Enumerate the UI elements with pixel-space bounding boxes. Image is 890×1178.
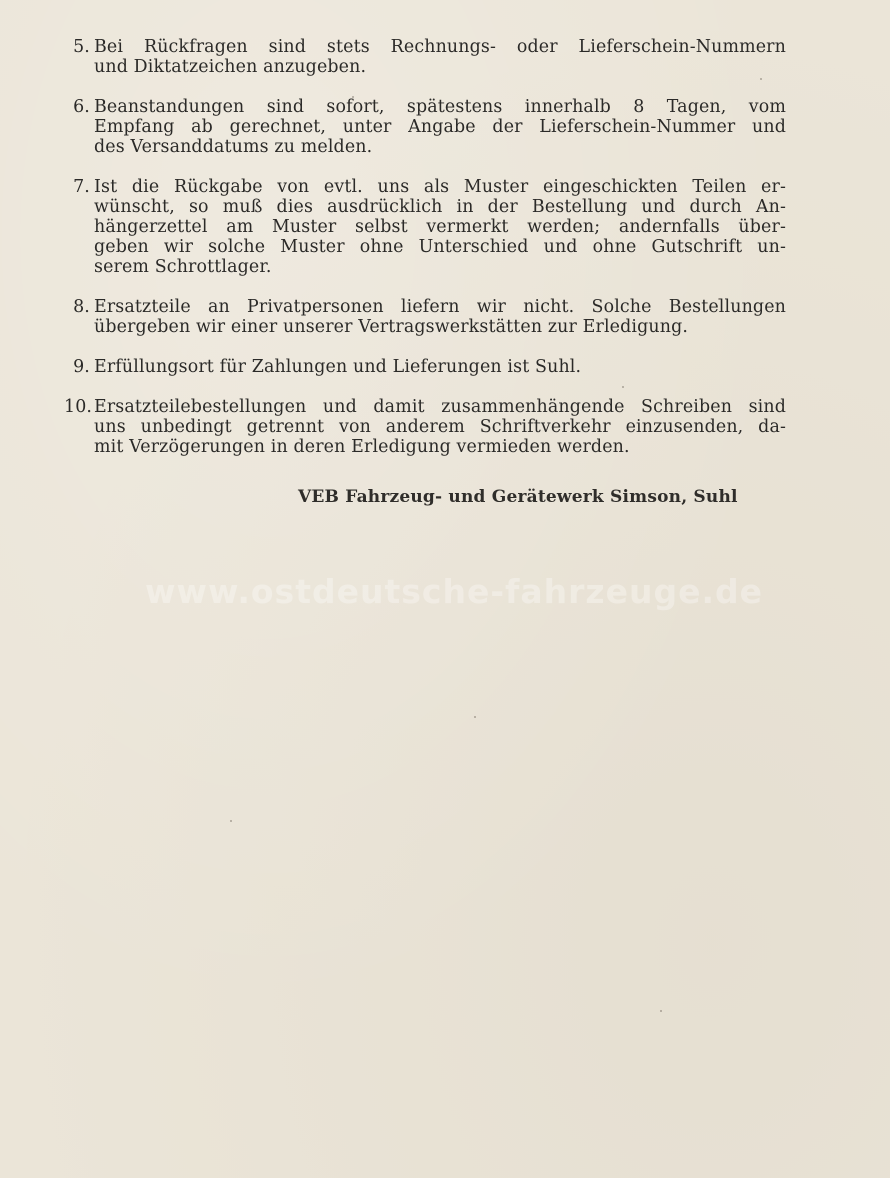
text-line: serem Schrottlager. (94, 257, 786, 277)
paper-speck (622, 386, 624, 388)
text-line: mit Verzögerungen in deren Erledigung ve… (94, 437, 786, 457)
text-line: geben wir solche Muster ohne Unterschied… (94, 237, 786, 257)
item-number: 6. (64, 97, 90, 117)
item-text: Ist die Rückgabe von evtl. uns als Muste… (90, 177, 786, 277)
item-text: Ersatzteile an Privatpersonen liefern wi… (90, 297, 786, 337)
terms-list: 5. Bei Rückfragen sind stets Rechnungs- … (64, 37, 786, 477)
company-signature: VEB Fahrzeug- und Gerätewerk Simson, Suh… (298, 487, 738, 507)
text-line: uns unbedingt getrennt von anderem Schri… (94, 417, 786, 437)
text-line: wünscht, so muß dies ausdrücklich in der… (94, 197, 786, 217)
term-item-10: 10. Ersatzteilebestellungen und damit zu… (64, 397, 786, 457)
text-line: übergeben wir einer unserer Vertragswerk… (94, 317, 786, 337)
item-text: Bei Rückfragen sind stets Rechnungs- ode… (90, 37, 786, 77)
watermark: www.ostdeutsche-fahrzeuge.de (145, 572, 763, 611)
text-line: Ist die Rückgabe von evtl. uns als Muste… (94, 177, 786, 197)
text-line: Erfüllungsort für Zahlungen und Lieferun… (94, 357, 786, 377)
paper-speck (230, 820, 232, 822)
item-number: 7. (64, 177, 90, 197)
text-line: hängerzettel am Muster selbst vermerkt w… (94, 217, 786, 237)
term-item-6: 6. Beanstandungen sind sofort, spätesten… (64, 97, 786, 157)
paper-speck (718, 298, 720, 300)
item-number: 9. (64, 357, 90, 377)
item-text: Beanstandungen sind sofort, spätestens i… (90, 97, 786, 157)
text-line: Beanstandungen sind sofort, spätestens i… (94, 97, 786, 117)
term-item-7: 7. Ist die Rückgabe von evtl. uns als Mu… (64, 177, 786, 277)
text-line: und Diktatzeichen anzugeben. (94, 57, 786, 77)
item-number: 10. (64, 397, 90, 417)
item-number: 5. (64, 37, 90, 57)
paper-speck (474, 716, 476, 718)
text-line: Bei Rückfragen sind stets Rechnungs- ode… (94, 37, 786, 57)
term-item-9: 9. Erfüllungsort für Zahlungen und Liefe… (64, 357, 786, 377)
paper-speck (760, 78, 762, 80)
text-line: Ersatzteile an Privatpersonen liefern wi… (94, 297, 786, 317)
paper-speck (660, 1010, 662, 1012)
text-line: Ersatzteilebestellungen und damit zusamm… (94, 397, 786, 417)
paper-speck (352, 96, 354, 98)
item-text: Ersatzteilebestellungen und damit zusamm… (90, 397, 786, 457)
item-text: Erfüllungsort für Zahlungen und Lieferun… (90, 357, 786, 377)
document-page: 5. Bei Rückfragen sind stets Rechnungs- … (0, 0, 890, 1178)
text-line: des Versanddatums zu melden. (94, 137, 786, 157)
item-number: 8. (64, 297, 90, 317)
term-item-5: 5. Bei Rückfragen sind stets Rechnungs- … (64, 37, 786, 77)
text-line: Empfang ab gerechnet, unter Angabe der L… (94, 117, 786, 137)
term-item-8: 8. Ersatzteile an Privatpersonen liefern… (64, 297, 786, 337)
